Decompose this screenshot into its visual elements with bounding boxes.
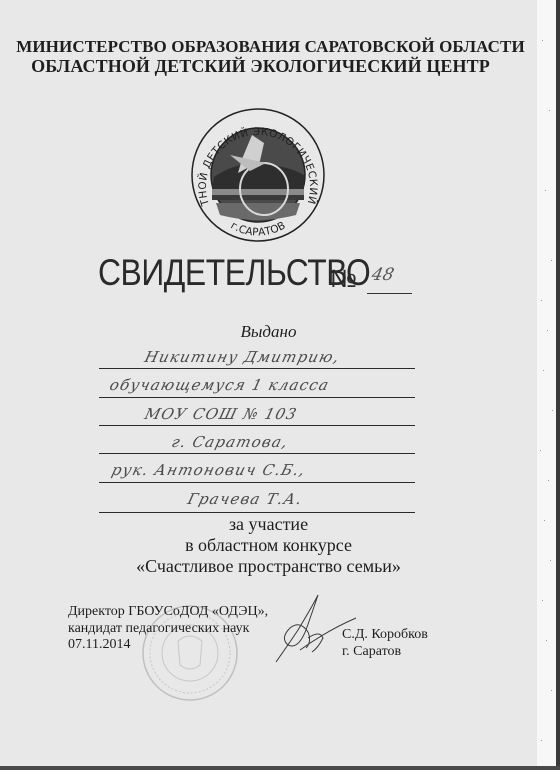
supervisor-1: рук. Антонович С.Б., <box>110 461 308 479</box>
field-line <box>99 453 415 454</box>
recipient-school: МОУ СОШ № 103 <box>143 405 300 423</box>
field-line <box>99 482 415 483</box>
signatory-name: С.Д. Коробков <box>342 627 428 644</box>
signatory-name-block: С.Д. Коробков г. Саратов <box>342 627 428 660</box>
certificate-number: 48 <box>370 265 396 285</box>
signatory-details: Директор ГБОУСоДОД «ОДЭЦ», кандидат педа… <box>68 604 268 654</box>
scan-edge-strip <box>537 0 556 766</box>
number-underline <box>367 293 412 294</box>
ministry-heading: МИНИСТЕРСТВО ОБРАЗОВАНИЯ САРАТОВСКОЙ ОБЛ… <box>2 37 539 57</box>
reason-line-2: в областном конкурсе <box>0 535 537 556</box>
recipient-city: г. Саратова, <box>170 433 291 451</box>
contest-name: «Счастливое пространство семьи» <box>0 556 537 577</box>
center-heading: ОБЛАСТНОЙ ДЕТСКИЙ ЭКОЛОГИЧЕСКИЙ ЦЕНТР <box>0 56 529 77</box>
scan-edge-shadow <box>556 0 560 770</box>
ecology-center-emblem-icon: ОБЛАСТНОЙ ДЕТСКИЙ ЭКОЛОГИЧЕСКИЙ ЦЕНТР г.… <box>190 107 326 243</box>
signatory-position: Директор ГБОУСоДОД «ОДЭЦ», <box>68 604 268 621</box>
field-line <box>99 425 415 426</box>
issued-label: Выдано <box>0 322 537 342</box>
recipient-name: Никитину Дмитрию, <box>143 348 342 366</box>
scan-bottom-shadow <box>0 766 560 770</box>
issue-date: 07.11.2014 <box>68 637 268 654</box>
number-sign: № <box>330 265 357 294</box>
signatory-degree: кандидат педагогических наук <box>68 621 268 638</box>
field-line <box>99 512 415 513</box>
field-line <box>99 368 415 369</box>
supervisor-2: Грачева Т.А. <box>186 490 305 508</box>
field-line <box>99 397 415 398</box>
signatory-city: г. Саратов <box>342 644 428 661</box>
recipient-grade: обучающемуся 1 класса <box>108 376 332 394</box>
reason-line-1: за участие <box>0 514 537 535</box>
